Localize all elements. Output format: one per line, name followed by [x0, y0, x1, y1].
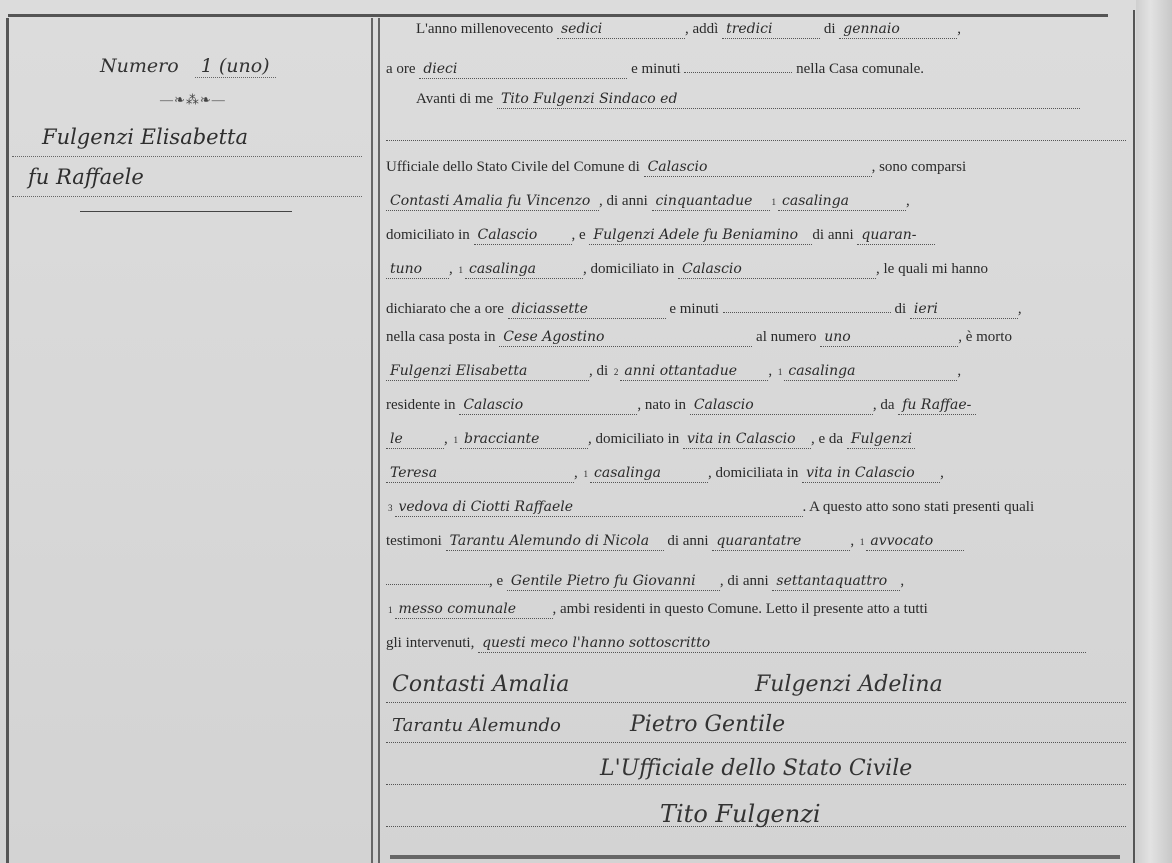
line-mother: Teresa, 1casalinga, domiciliata in vita … [386, 464, 1126, 494]
field-mother-job: casalinga [590, 464, 708, 483]
field-month: gennaio [839, 20, 957, 39]
field-declarant2-domicile: Calascio [678, 260, 876, 279]
number-label: Numero [100, 55, 179, 77]
field-witness2-job: messo comunale [395, 600, 553, 619]
field-death-hour: diciassette [508, 300, 666, 319]
line-father: le, 1bracciante, domiciliato in vita in … [386, 430, 1126, 460]
line-declarant2-cont: tuno, 1casalinga, domiciliato in Calasci… [386, 260, 1126, 290]
field-day: tredici [722, 20, 820, 39]
bottom-rule [390, 855, 1120, 859]
field-mother-domicile: vita in Calascio [802, 464, 940, 483]
field-witness1: Tarantu Alemundo di Nicola [446, 532, 664, 551]
field-declarant2-job: casalinga [465, 260, 583, 279]
field-house: Cese Agostino [499, 328, 752, 347]
line-death-place: nella casa posta in Cese Agostino al num… [386, 328, 1126, 358]
field-mother: Fulgenzi [847, 430, 915, 449]
line-declarant2: domiciliato in Calascio, e Fulgenzi Adel… [386, 226, 1126, 256]
line-comune: Ufficiale dello Stato Civile del Comune … [386, 158, 1126, 188]
signature-declarant2: Fulgenzi Adelina [755, 672, 943, 697]
line-hour: a ore dieci e minuti nella Casa comunale… [386, 54, 1126, 84]
field-residence: Calascio [459, 396, 637, 415]
line-deceased: Fulgenzi Elisabetta, di 2anni ottantadue… [386, 362, 1126, 392]
field-signed-note: questi meco l'hanno sottoscritto [478, 634, 1086, 653]
signature-officer: Tito Fulgenzi [660, 800, 821, 828]
field-house-number: uno [820, 328, 958, 347]
field-declarant1: Contasti Amalia fu Vincenzo [386, 192, 599, 211]
field-minutes [684, 54, 792, 73]
deceased-father-margin: fu Raffaele [12, 165, 362, 197]
field-declarant1-age: cinquantadue [652, 192, 770, 211]
field-spouse: vedova di Ciotti Raffaele [395, 498, 803, 517]
page-fold [1136, 0, 1172, 863]
field-death-minutes [723, 294, 891, 313]
top-rule [8, 14, 1108, 17]
field-officer: Tito Fulgenzi Sindaco ed [497, 90, 1080, 109]
field-father: fu Raffae- [898, 396, 976, 415]
field-father-job: bracciante [460, 430, 588, 449]
signature-line [386, 702, 1126, 703]
field-year: sedici [557, 20, 685, 39]
field-declarant2-age: quaran- [857, 226, 935, 245]
line-spouse: 3vedova di Ciotti Raffaele. A questo att… [386, 498, 1126, 528]
line-witness1: testimoni Tarantu Alemundo di Nicola di … [386, 532, 1126, 562]
blank-line [386, 140, 1126, 141]
field-deceased-job: casalinga [784, 362, 957, 381]
field-declarant1-domicile: Calascio [474, 226, 572, 245]
line-witness2: , e Gentile Pietro fu Giovanni, di anni … [386, 566, 1126, 596]
number-value: 1 (uno) [195, 55, 276, 78]
right-border [1133, 10, 1135, 863]
field-declarant1-job: casalinga [778, 192, 906, 211]
line-residence: residente in Calascio, nato in Calascio,… [386, 396, 1126, 426]
signature-witness1: Tarantu Alemundo [392, 715, 561, 736]
register-page: Numero 1 (uno) —❧⁂❧— Fulgenzi Elisabetta… [0, 0, 1172, 863]
field-father-domicile: vita in Calascio [683, 430, 811, 449]
line-death-time: dichiarato che a ore diciassette e minut… [386, 294, 1126, 324]
field-comune: Calascio [644, 158, 872, 177]
signature-witness2: Pietro Gentile [630, 712, 785, 737]
line-declarant1: Contasti Amalia fu Vincenzo, di anni cin… [386, 192, 1126, 222]
line-year: L'anno millenovecento sedici, addì tredi… [386, 20, 1156, 50]
signature-line [386, 784, 1126, 785]
field-death-day: ieri [910, 300, 1018, 319]
field-witness2: Gentile Pietro fu Giovanni [507, 572, 720, 591]
line-witness2-job: 1messo comunale, ambi residenti in quest… [386, 600, 1126, 630]
signature-declarant1: Contasti Amalia [392, 672, 569, 697]
line-signed: gli intervenuti, questi meco l'hanno sot… [386, 634, 1126, 664]
officer-title: L'Ufficiale dello Stato Civile [600, 756, 912, 781]
field-declarant2: Fulgenzi Adele fu Beniamino [589, 226, 812, 245]
field-witness2-age: settantaquattro [772, 572, 900, 591]
field-witness1-age: quarantatre [712, 532, 850, 551]
line-officer: Avanti di me Tito Fulgenzi Sindaco ed [386, 90, 1156, 120]
field-witness1-job: avvocato [866, 532, 964, 551]
deceased-name-margin: Fulgenzi Elisabetta [12, 125, 362, 157]
field-hour: dieci [419, 60, 627, 79]
field-deceased-age: anni ottantadue [620, 362, 768, 381]
field-deceased: Fulgenzi Elisabetta [386, 362, 589, 381]
field-birthplace: Calascio [690, 396, 873, 415]
signature-line [386, 742, 1126, 743]
ornament-icon: —❧⁂❧— [160, 92, 226, 108]
record-number: Numero 1 (uno) [100, 55, 276, 77]
margin-rule [80, 211, 292, 212]
